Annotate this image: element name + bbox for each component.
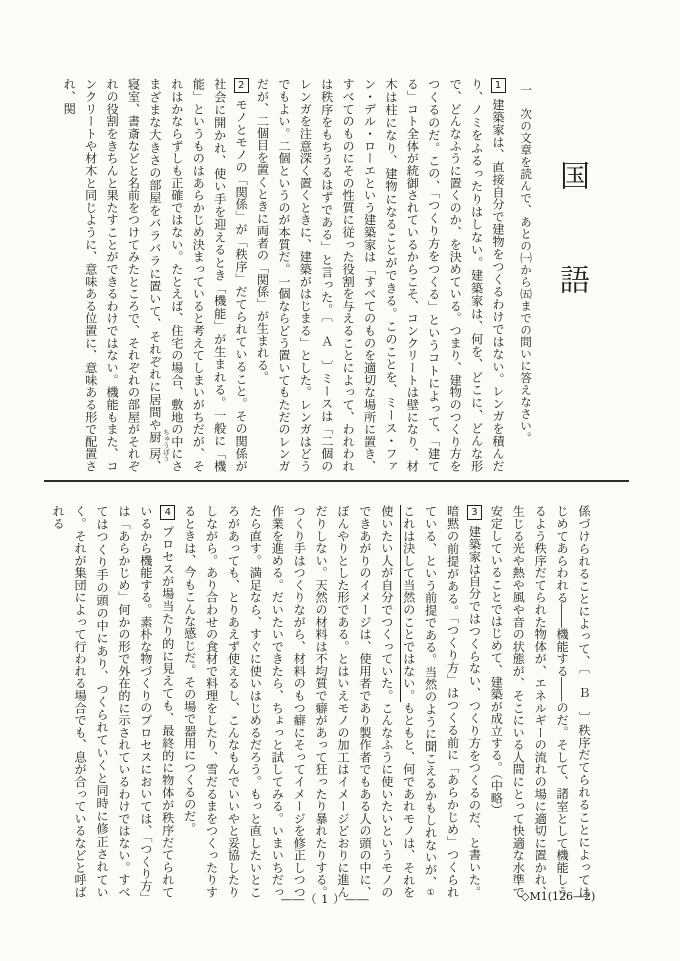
paragraph-1-number-box: 1 bbox=[491, 78, 506, 93]
paragraph-1: 1建築家は、直接自分で建物をつくるわけではない。レンガを積んだり、ノミをふるった… bbox=[251, 78, 508, 472]
paragraph-2-text-before-ruby: モノとモノの「関係」が「秩序」だてられていること。その関係が社会に開かれ、使い手… bbox=[148, 78, 248, 472]
paragraph-1-text: 建築家は、直接自分で建物をつくるわけではない。レンガを積んだり、ノミをふるったり… bbox=[256, 78, 505, 472]
passage-bottom-block: 係づけられることによって、〔 Ｂ 〕秩序だてられることによってはじめてあらわれる… bbox=[60, 505, 594, 898]
ruby-furigana: ちゅうぼう bbox=[162, 429, 170, 462]
underlined-phrase-1: これは決して当然のことではない。 bbox=[400, 505, 416, 702]
page-number: ――（ 1 ）―― bbox=[281, 891, 369, 907]
paragraph-4: 4プロセスが場当たり的に見えても、最終的に物体が秩序だてられているから機能する。… bbox=[46, 505, 177, 898]
exam-page: 国語 一 次の文章を読んで、あとの㈠から㈤までの問いに答えなさい。 1建築家は、… bbox=[0, 0, 680, 961]
paragraph-2-continued: 係づけられることによって、〔 Ｂ 〕秩序だてられることによってはじめてあらわれる… bbox=[484, 505, 594, 898]
passage-top-block: 1建築家は、直接自分で建物をつくるわけではない。レンガを積んだり、ノミをふるった… bbox=[58, 78, 508, 472]
paragraph-2-number-box: 2 bbox=[234, 78, 249, 93]
paragraph-3: 3建築家は自分ではつくらない、つくり方をつくるのだ、と書いた。暗黙の前提がある。… bbox=[178, 505, 485, 898]
ruby-chubo: 厨房ちゅうぼう bbox=[148, 431, 162, 459]
ruby-base: 厨房 bbox=[148, 429, 162, 461]
paragraph-2: 2モノとモノの「関係」が「秩序」だてられていること。その関係が社会に開かれ、使い… bbox=[58, 78, 251, 472]
subject-title: 国語 bbox=[556, 160, 586, 368]
paragraph-3-text-before-mark: 建築家は自分ではつくらない、つくり方をつくるのだ、と書いた。暗黙の前提がある。「… bbox=[424, 505, 482, 898]
paragraph-2-continued-text: 係づけられることによって、〔 Ｂ 〕秩序だてられることによってはじめてあらわれる… bbox=[489, 505, 591, 898]
fold-divider-line bbox=[44, 480, 629, 482]
paragraph-4-text: プロセスが場当たり的に見えても、最終的に物体が秩序だてられているから機能する。素… bbox=[51, 505, 175, 898]
section-instruction: 一 次の文章を読んで、あとの㈠から㈤までの問いに答えなさい。 bbox=[517, 84, 534, 462]
paragraph-4-number-box: 4 bbox=[160, 505, 175, 520]
reference-mark-1: ① bbox=[426, 888, 436, 898]
paragraph-3-text-after: もともと、何であれモノは、それを使いたい人が自分でつくっていた。こんなふうに使い… bbox=[183, 505, 416, 898]
paragraph-3-number-box: 3 bbox=[467, 505, 482, 520]
document-code: ◇M1(126—2) bbox=[521, 890, 595, 903]
